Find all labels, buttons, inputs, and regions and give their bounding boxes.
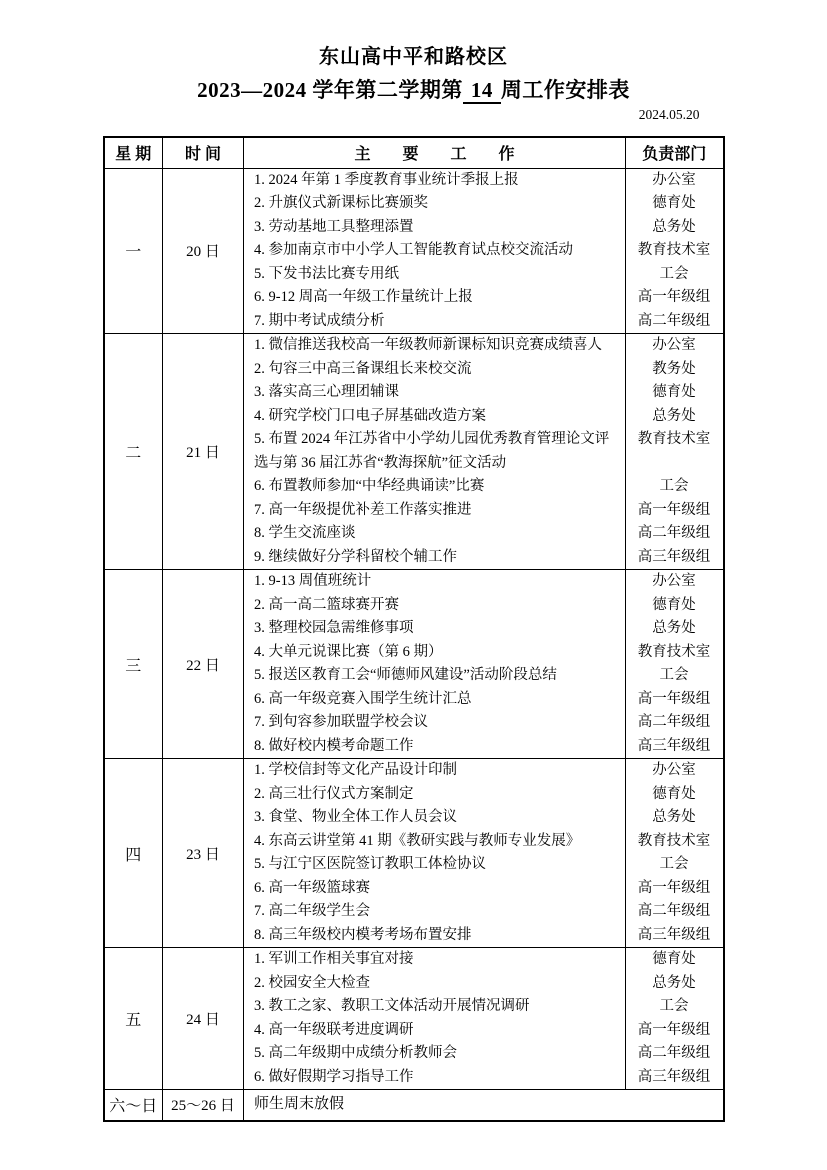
date-cell: 23 日 <box>163 759 244 948</box>
col-header-day: 星 期 <box>104 137 163 168</box>
task-department: 高一年级组 <box>625 499 723 523</box>
task-line: 6. 布置教师参加“中华经典诵读”比赛工会 <box>244 475 723 499</box>
task-department: 工会 <box>625 475 723 499</box>
task-department: 德育处 <box>625 783 723 807</box>
task-department: 办公室 <box>625 759 723 783</box>
task-department: 德育处 <box>625 594 723 618</box>
task-text: 2. 校园安全大检查 <box>244 972 625 996</box>
task-line: 4. 高一年级联考进度调研高一年级组 <box>244 1019 723 1043</box>
task-text: 3. 教工之家、教职工文体活动开展情况调研 <box>244 995 625 1019</box>
task-text: 7. 高一年级提优补差工作落实推进 <box>244 499 625 523</box>
table-row: 二21 日1. 微信推送我校高一年级教师新课标知识竞赛成绩喜人办公室2. 句容三… <box>104 334 724 570</box>
task-department: 高二年级组 <box>625 1042 723 1066</box>
task-text: 1. 学校信封等文化产品设计印制 <box>244 759 625 783</box>
task-line: 3. 教工之家、教职工文体活动开展情况调研工会 <box>244 995 723 1019</box>
task-text: 9. 继续做好分学科留校个辅工作 <box>244 546 625 570</box>
task-text: 2. 高一高二篮球赛开赛 <box>244 594 625 618</box>
task-line: 5. 与江宁区医院签订教职工体检协议工会 <box>244 853 723 877</box>
task-department: 总务处 <box>625 617 723 641</box>
task-department: 办公室 <box>625 169 723 193</box>
task-text: 5. 与江宁区医院签订教职工体检协议 <box>244 853 625 877</box>
task-line: 1. 9-13 周值班统计办公室 <box>244 570 723 594</box>
task-text: 4. 参加南京市中小学人工智能教育试点校交流活动 <box>244 239 625 263</box>
day-cell: 四 <box>104 759 163 948</box>
schedule-title-suffix: 周工作安排表 <box>501 78 630 102</box>
task-line: 2. 校园安全大检查总务处 <box>244 972 723 996</box>
table-row: 三22 日1. 9-13 周值班统计办公室2. 高一高二篮球赛开赛德育处3. 整… <box>104 570 724 759</box>
task-text: 6. 9-12 周高一年级工作量统计上报 <box>244 286 625 310</box>
week-number: 14 <box>463 78 501 104</box>
task-text: 3. 食堂、物业全体工作人员会议 <box>244 806 625 830</box>
task-line: 4. 研究学校门口电子屏基础改造方案总务处 <box>244 405 723 429</box>
date-cell: 21 日 <box>163 334 244 570</box>
task-line: 4. 参加南京市中小学人工智能教育试点校交流活动教育技术室 <box>244 239 723 263</box>
task-department: 高一年级组 <box>625 688 723 712</box>
task-line: 7. 期中考试成绩分析高二年级组 <box>244 310 723 334</box>
date-cell: 20 日 <box>163 168 244 334</box>
task-department: 教务处 <box>625 358 723 382</box>
task-department: 高一年级组 <box>625 286 723 310</box>
task-line: 7. 到句容参加联盟学校会议高二年级组 <box>244 711 723 735</box>
task-line: 4. 大单元说课比赛（第 6 期）教育技术室 <box>244 641 723 665</box>
task-text: 3. 落实高三心理团辅课 <box>244 381 625 405</box>
task-department: 办公室 <box>625 334 723 358</box>
task-text: 7. 到句容参加联盟学校会议 <box>244 711 625 735</box>
task-department: 工会 <box>625 263 723 287</box>
col-header-time: 时 间 <box>163 137 244 168</box>
date-cell: 25～26 日 <box>163 1090 244 1121</box>
task-department: 教育技术室 <box>625 239 723 263</box>
task-line: 5. 高二年级期中成绩分析教师会高二年级组 <box>244 1042 723 1066</box>
task-text: 3. 劳动基地工具整理添置 <box>244 216 625 240</box>
task-text: 5. 下发书法比赛专用纸 <box>244 263 625 287</box>
task-department: 总务处 <box>625 806 723 830</box>
merged-work-cell: 师生周末放假 <box>244 1090 724 1121</box>
task-line: 4. 东高云讲堂第 41 期《教研实践与教师专业发展》教育技术室 <box>244 830 723 854</box>
work-cell: 1. 2024 年第 1 季度教育事业统计季报上报办公室2. 升旗仪式新课标比赛… <box>244 168 724 334</box>
task-department: 德育处 <box>625 192 723 216</box>
task-line: 6. 高一年级篮球赛高一年级组 <box>244 877 723 901</box>
task-text: 6. 做好假期学习指导工作 <box>244 1066 625 1090</box>
task-text: 5. 高二年级期中成绩分析教师会 <box>244 1042 625 1066</box>
task-text: 8. 做好校内模考命题工作 <box>244 735 625 759</box>
task-department: 办公室 <box>625 570 723 594</box>
task-text: 1. 微信推送我校高一年级教师新课标知识竞赛成绩喜人 <box>244 334 625 358</box>
task-line: 1. 微信推送我校高一年级教师新课标知识竞赛成绩喜人办公室 <box>244 334 723 358</box>
schedule-table: 星 期 时 间 主 要 工 作 负责部门 一20 日1. 2024 年第 1 季… <box>103 136 725 1122</box>
task-text: 1. 9-13 周值班统计 <box>244 570 625 594</box>
task-department: 德育处 <box>625 948 723 972</box>
task-text: 4. 高一年级联考进度调研 <box>244 1019 625 1043</box>
work-cell: 1. 9-13 周值班统计办公室2. 高一高二篮球赛开赛德育处3. 整理校园急需… <box>244 570 724 759</box>
task-department: 高一年级组 <box>625 1019 723 1043</box>
task-department: 高二年级组 <box>625 522 723 546</box>
task-line: 7. 高二年级学生会高二年级组 <box>244 900 723 924</box>
task-department: 高三年级组 <box>625 1066 723 1090</box>
task-text: 5. 报送区教育工会“师德师风建设”活动阶段总结 <box>244 664 625 688</box>
day-cell: 六～日 <box>104 1090 163 1121</box>
task-text: 8. 高三年级校内模考考场布置安排 <box>244 924 625 948</box>
task-text: 2. 高三壮行仪式方案制定 <box>244 783 625 807</box>
schedule-table-body: 一20 日1. 2024 年第 1 季度教育事业统计季报上报办公室2. 升旗仪式… <box>104 168 724 1121</box>
task-department: 总务处 <box>625 216 723 240</box>
col-header-work: 主 要 工 作 <box>244 137 626 168</box>
task-department: 高二年级组 <box>625 310 723 334</box>
task-line: 2. 高一高二篮球赛开赛德育处 <box>244 594 723 618</box>
task-line: 7. 高一年级提优补差工作落实推进高一年级组 <box>244 499 723 523</box>
task-text: 1. 2024 年第 1 季度教育事业统计季报上报 <box>244 169 625 193</box>
task-department: 高二年级组 <box>625 711 723 735</box>
task-text: 8. 学生交流座谈 <box>244 522 625 546</box>
task-line: 1. 学校信封等文化产品设计印制办公室 <box>244 759 723 783</box>
task-line: 8. 做好校内模考命题工作高三年级组 <box>244 735 723 759</box>
task-line: 6. 做好假期学习指导工作高三年级组 <box>244 1066 723 1090</box>
task-line: 1. 2024 年第 1 季度教育事业统计季报上报办公室 <box>244 169 723 193</box>
task-department: 高三年级组 <box>625 924 723 948</box>
task-department: 高三年级组 <box>625 546 723 570</box>
task-text: 2. 句容三中高三备课组长来校交流 <box>244 358 625 382</box>
task-line: 8. 学生交流座谈高二年级组 <box>244 522 723 546</box>
task-line: 1. 军训工作相关事宜对接德育处 <box>244 948 723 972</box>
task-department: 工会 <box>625 995 723 1019</box>
task-line: 3. 整理校园急需维修事项总务处 <box>244 617 723 641</box>
task-department: 工会 <box>625 853 723 877</box>
task-text: 7. 期中考试成绩分析 <box>244 310 625 334</box>
task-line: 2. 升旗仪式新课标比赛颁奖德育处 <box>244 192 723 216</box>
work-cell: 1. 微信推送我校高一年级教师新课标知识竞赛成绩喜人办公室2. 句容三中高三备课… <box>244 334 724 570</box>
task-text: 4. 大单元说课比赛（第 6 期） <box>244 641 625 665</box>
task-line: 2. 高三壮行仪式方案制定德育处 <box>244 783 723 807</box>
task-line: 3. 食堂、物业全体工作人员会议总务处 <box>244 806 723 830</box>
work-cell: 1. 军训工作相关事宜对接德育处2. 校园安全大检查总务处3. 教工之家、教职工… <box>244 948 724 1090</box>
task-text: 4. 东高云讲堂第 41 期《教研实践与教师专业发展》 <box>244 830 625 854</box>
task-line: 5. 布置 2024 年江苏省中小学幼儿园优秀教育管理论文评选与第 36 届江苏… <box>244 428 723 475</box>
task-line: 5. 报送区教育工会“师德师风建设”活动阶段总结工会 <box>244 664 723 688</box>
task-department: 工会 <box>625 664 723 688</box>
school-title: 东山高中平和路校区 <box>0 44 827 70</box>
document-page: 东山高中平和路校区 2023—2024 学年第二学期第14周工作安排表 2024… <box>0 0 827 1170</box>
task-department: 高二年级组 <box>625 900 723 924</box>
task-line: 8. 高三年级校内模考考场布置安排高三年级组 <box>244 924 723 948</box>
task-department: 高一年级组 <box>625 877 723 901</box>
task-line: 3. 落实高三心理团辅课德育处 <box>244 381 723 405</box>
day-cell: 三 <box>104 570 163 759</box>
task-department: 教育技术室 <box>625 641 723 665</box>
table-row: 四23 日1. 学校信封等文化产品设计印制办公室2. 高三壮行仪式方案制定德育处… <box>104 759 724 948</box>
task-line: 6. 高一年级竞赛入围学生统计汇总高一年级组 <box>244 688 723 712</box>
task-department: 总务处 <box>625 972 723 996</box>
schedule-title-prefix: 2023—2024 学年第二学期第 <box>197 78 463 102</box>
task-department: 德育处 <box>625 381 723 405</box>
col-header-dept: 负责部门 <box>626 137 724 168</box>
day-cell: 一 <box>104 168 163 334</box>
task-text: 5. 布置 2024 年江苏省中小学幼儿园优秀教育管理论文评选与第 36 届江苏… <box>244 428 625 475</box>
table-row: 六～日25～26 日师生周末放假 <box>104 1090 724 1121</box>
task-text: 6. 高一年级竞赛入围学生统计汇总 <box>244 688 625 712</box>
table-header-row: 星 期 时 间 主 要 工 作 负责部门 <box>104 137 724 168</box>
task-line: 6. 9-12 周高一年级工作量统计上报高一年级组 <box>244 286 723 310</box>
issue-date: 2024.05.20 <box>104 106 724 123</box>
task-line: 5. 下发书法比赛专用纸工会 <box>244 263 723 287</box>
day-cell: 五 <box>104 948 163 1090</box>
schedule-title: 2023—2024 学年第二学期第14周工作安排表 <box>0 76 827 104</box>
task-line: 3. 劳动基地工具整理添置总务处 <box>244 216 723 240</box>
task-text: 4. 研究学校门口电子屏基础改造方案 <box>244 405 625 429</box>
task-line: 2. 句容三中高三备课组长来校交流教务处 <box>244 358 723 382</box>
task-department: 高三年级组 <box>625 735 723 759</box>
task-text: 6. 高一年级篮球赛 <box>244 877 625 901</box>
task-line: 9. 继续做好分学科留校个辅工作高三年级组 <box>244 546 723 570</box>
date-cell: 22 日 <box>163 570 244 759</box>
table-row: 一20 日1. 2024 年第 1 季度教育事业统计季报上报办公室2. 升旗仪式… <box>104 168 724 334</box>
task-department: 教育技术室 <box>625 830 723 854</box>
work-cell: 1. 学校信封等文化产品设计印制办公室2. 高三壮行仪式方案制定德育处3. 食堂… <box>244 759 724 948</box>
task-text: 2. 升旗仪式新课标比赛颁奖 <box>244 192 625 216</box>
task-text: 7. 高二年级学生会 <box>244 900 625 924</box>
task-text: 6. 布置教师参加“中华经典诵读”比赛 <box>244 475 625 499</box>
task-department: 教育技术室 <box>625 428 723 475</box>
table-row: 五24 日1. 军训工作相关事宜对接德育处2. 校园安全大检查总务处3. 教工之… <box>104 948 724 1090</box>
task-department: 总务处 <box>625 405 723 429</box>
day-cell: 二 <box>104 334 163 570</box>
date-cell: 24 日 <box>163 948 244 1090</box>
task-text: 1. 军训工作相关事宜对接 <box>244 948 625 972</box>
task-text: 3. 整理校园急需维修事项 <box>244 617 625 641</box>
